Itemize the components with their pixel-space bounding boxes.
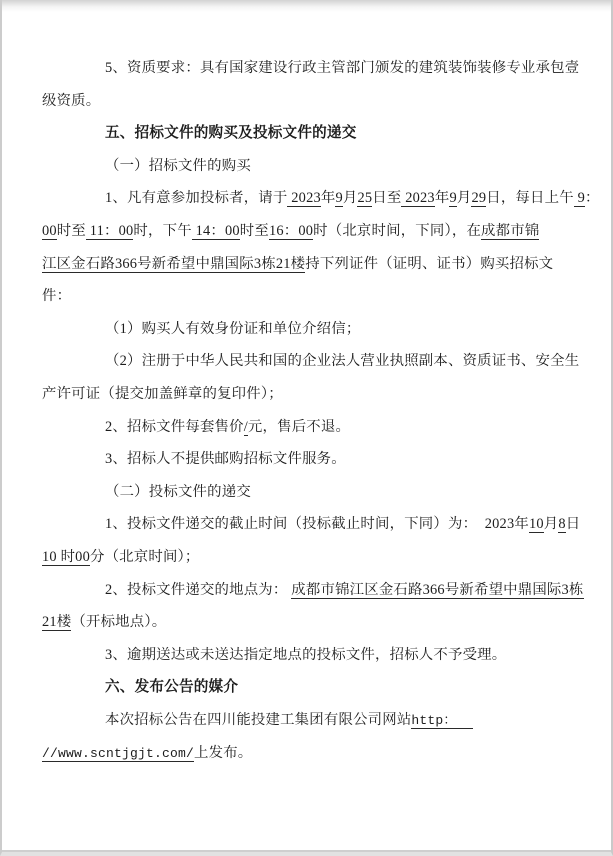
text-segment: 时至 xyxy=(57,223,86,239)
text-segment: 日，每日上午 xyxy=(486,190,574,206)
document-line: 江区金石路366号新希望中鼎国际3栋21楼持下列证件（证明、证书）购买招标文 xyxy=(42,248,569,281)
text-segment: 分（北京时间）； xyxy=(90,549,200,565)
document-page: 5、资质要求：具有国家建设行政主管部门颁发的建筑装饰装修专业承包壹级资质。五、招… xyxy=(0,0,613,856)
fill-in-blank: 29 xyxy=(471,190,486,207)
document-line: 1、凡有意参加投标者，请于 2023年9月25日至 2023年9月29日，每日上… xyxy=(42,182,569,215)
text-segment: 日 xyxy=(566,516,581,532)
text-segment: 年 xyxy=(321,190,336,206)
fill-in-blank: 14：00 xyxy=(192,223,240,240)
fill-in-blank: 10 xyxy=(529,516,544,533)
text-segment: 3、逾期送达或未送达指定地点的投标文件，招标人不予受理。 xyxy=(105,647,506,663)
fill-in-blank: 25 xyxy=(357,190,372,207)
text-segment: 5、资质要求：具有国家建设行政主管部门颁发的建筑装饰装修专业承包壹 xyxy=(105,60,579,76)
text-segment: 五、招标文件的购买及投标文件的递交 xyxy=(105,125,357,141)
fill-in-blank: 10 时00 xyxy=(42,549,90,566)
fill-in-blank: 9 xyxy=(335,190,342,207)
text-segment: 2、招标文件每套售价 xyxy=(105,419,244,435)
document-line: 级资质。 xyxy=(42,85,569,118)
fill-in-blank: //www.scntjgjt.com/ xyxy=(42,746,194,762)
document-line: （1）购买人有效身份证和单位介绍信； xyxy=(42,313,569,346)
text-segment: 级资质。 xyxy=(42,93,100,109)
text-segment: 1、凡有意参加投标者，请于 xyxy=(105,190,287,206)
text-segment: 持下列证件（证明、证书）购买招标文 xyxy=(305,256,553,272)
fill-in-blank: 2023 xyxy=(287,190,320,207)
document-line: 件： xyxy=(42,280,569,313)
fill-in-blank: 成都市锦 xyxy=(481,223,539,240)
document-line: 2、招标文件每套售价/元，售后不退。 xyxy=(42,411,569,444)
text-segment: （2）注册于中华人民共和国的企业法人营业执照副本、资质证书、安全生 xyxy=(105,353,579,369)
fill-in-blank: http： xyxy=(411,713,472,729)
fill-in-blank: 21楼 xyxy=(42,614,71,631)
text-segment: 件： xyxy=(42,288,71,304)
document-line: 产许可证（提交加盖鲜章的复印件）； xyxy=(42,378,569,411)
text-segment: 月 xyxy=(457,190,472,206)
document-line: （一）招标文件的购买 xyxy=(42,150,569,183)
fill-in-blank: 11：00 xyxy=(86,223,133,240)
document-line: 3、招标人不提供邮购招标文件服务。 xyxy=(42,443,569,476)
text-segment: 日至 xyxy=(372,190,401,206)
document-line: 5、资质要求：具有国家建设行政主管部门颁发的建筑装饰装修专业承包壹 xyxy=(42,52,569,85)
document-line: 2、投标文件递交的地点为： 成都市锦江区金石路366号新希望中鼎国际3栋 xyxy=(42,574,569,607)
text-segment: 时，下午 xyxy=(133,223,191,239)
document-line: 本次招标公告在四川能投建工集团有限公司网站http： xyxy=(42,704,569,738)
text-segment: 月 xyxy=(343,190,358,206)
text-segment: 月 xyxy=(544,516,559,532)
document-line: //www.scntjgjt.com/上发布。 xyxy=(42,737,569,771)
page-content: 5、资质要求：具有国家建设行政主管部门颁发的建筑装饰装修专业承包壹级资质。五、招… xyxy=(42,52,569,771)
fill-in-blank: 8 xyxy=(558,516,565,533)
fill-in-blank: 9 xyxy=(449,190,456,207)
document-line: 1、投标文件递交的截止时间（投标截止时间，下同）为： 2023年10月8日 xyxy=(42,508,569,541)
fill-in-blank: 16：00 xyxy=(269,223,313,240)
page-bottom-edge xyxy=(2,850,611,852)
text-segment: 2、投标文件递交的地点为： xyxy=(105,582,291,598)
text-segment: 上发布。 xyxy=(194,745,252,761)
document-line: 21楼（开标地点）。 xyxy=(42,606,569,639)
fill-in-blank: 9 xyxy=(574,190,585,207)
document-line: （2）注册于中华人民共和国的企业法人营业执照副本、资质证书、安全生 xyxy=(42,345,569,378)
text-segment: （开标地点）。 xyxy=(71,614,166,630)
text-segment: （一）招标文件的购买 xyxy=(105,158,251,174)
text-segment: 3、招标人不提供邮购招标文件服务。 xyxy=(105,451,346,467)
text-segment: 本次招标公告在四川能投建工集团有限公司网站 xyxy=(105,712,411,728)
text-segment: 年 xyxy=(435,190,450,206)
text-segment: 时至 xyxy=(240,223,269,239)
fill-in-blank: 江区金石路366号新希望中鼎国际3栋21楼 xyxy=(42,256,305,273)
text-segment: （1）购买人有效身份证和单位介绍信； xyxy=(105,321,360,337)
text-segment: （二）投标文件的递交 xyxy=(105,484,251,500)
text-segment: 元，售后不退。 xyxy=(248,419,350,435)
text-segment: 产许可证（提交加盖鲜章的复印件）； xyxy=(42,386,283,402)
document-line: 10 时00分（北京时间）； xyxy=(42,541,569,574)
page-top-shadow xyxy=(2,0,611,12)
document-line: （二）投标文件的递交 xyxy=(42,476,569,509)
text-segment: 1、投标文件递交的截止时间（投标截止时间，下同）为： 2023年 xyxy=(105,516,529,532)
fill-in-blank: 00 xyxy=(42,223,57,240)
text-segment: 六、发布公告的媒介 xyxy=(105,679,238,695)
fill-in-blank: 2023 xyxy=(401,190,434,207)
section-heading: 六、发布公告的媒介 xyxy=(42,671,569,704)
document-line: 3、逾期送达或未送达指定地点的投标文件，招标人不予受理。 xyxy=(42,639,569,672)
text-segment: ： xyxy=(585,190,600,206)
document-line: 00时至 11：00时，下午 14：00时至16：00时（北京时间，下同），在成… xyxy=(42,215,569,248)
fill-in-blank: 成都市锦江区金石路366号新希望中鼎国际3栋 xyxy=(291,582,583,599)
section-heading: 五、招标文件的购买及投标文件的递交 xyxy=(42,117,569,150)
text-segment: 时（北京时间，下同），在 xyxy=(313,223,481,239)
